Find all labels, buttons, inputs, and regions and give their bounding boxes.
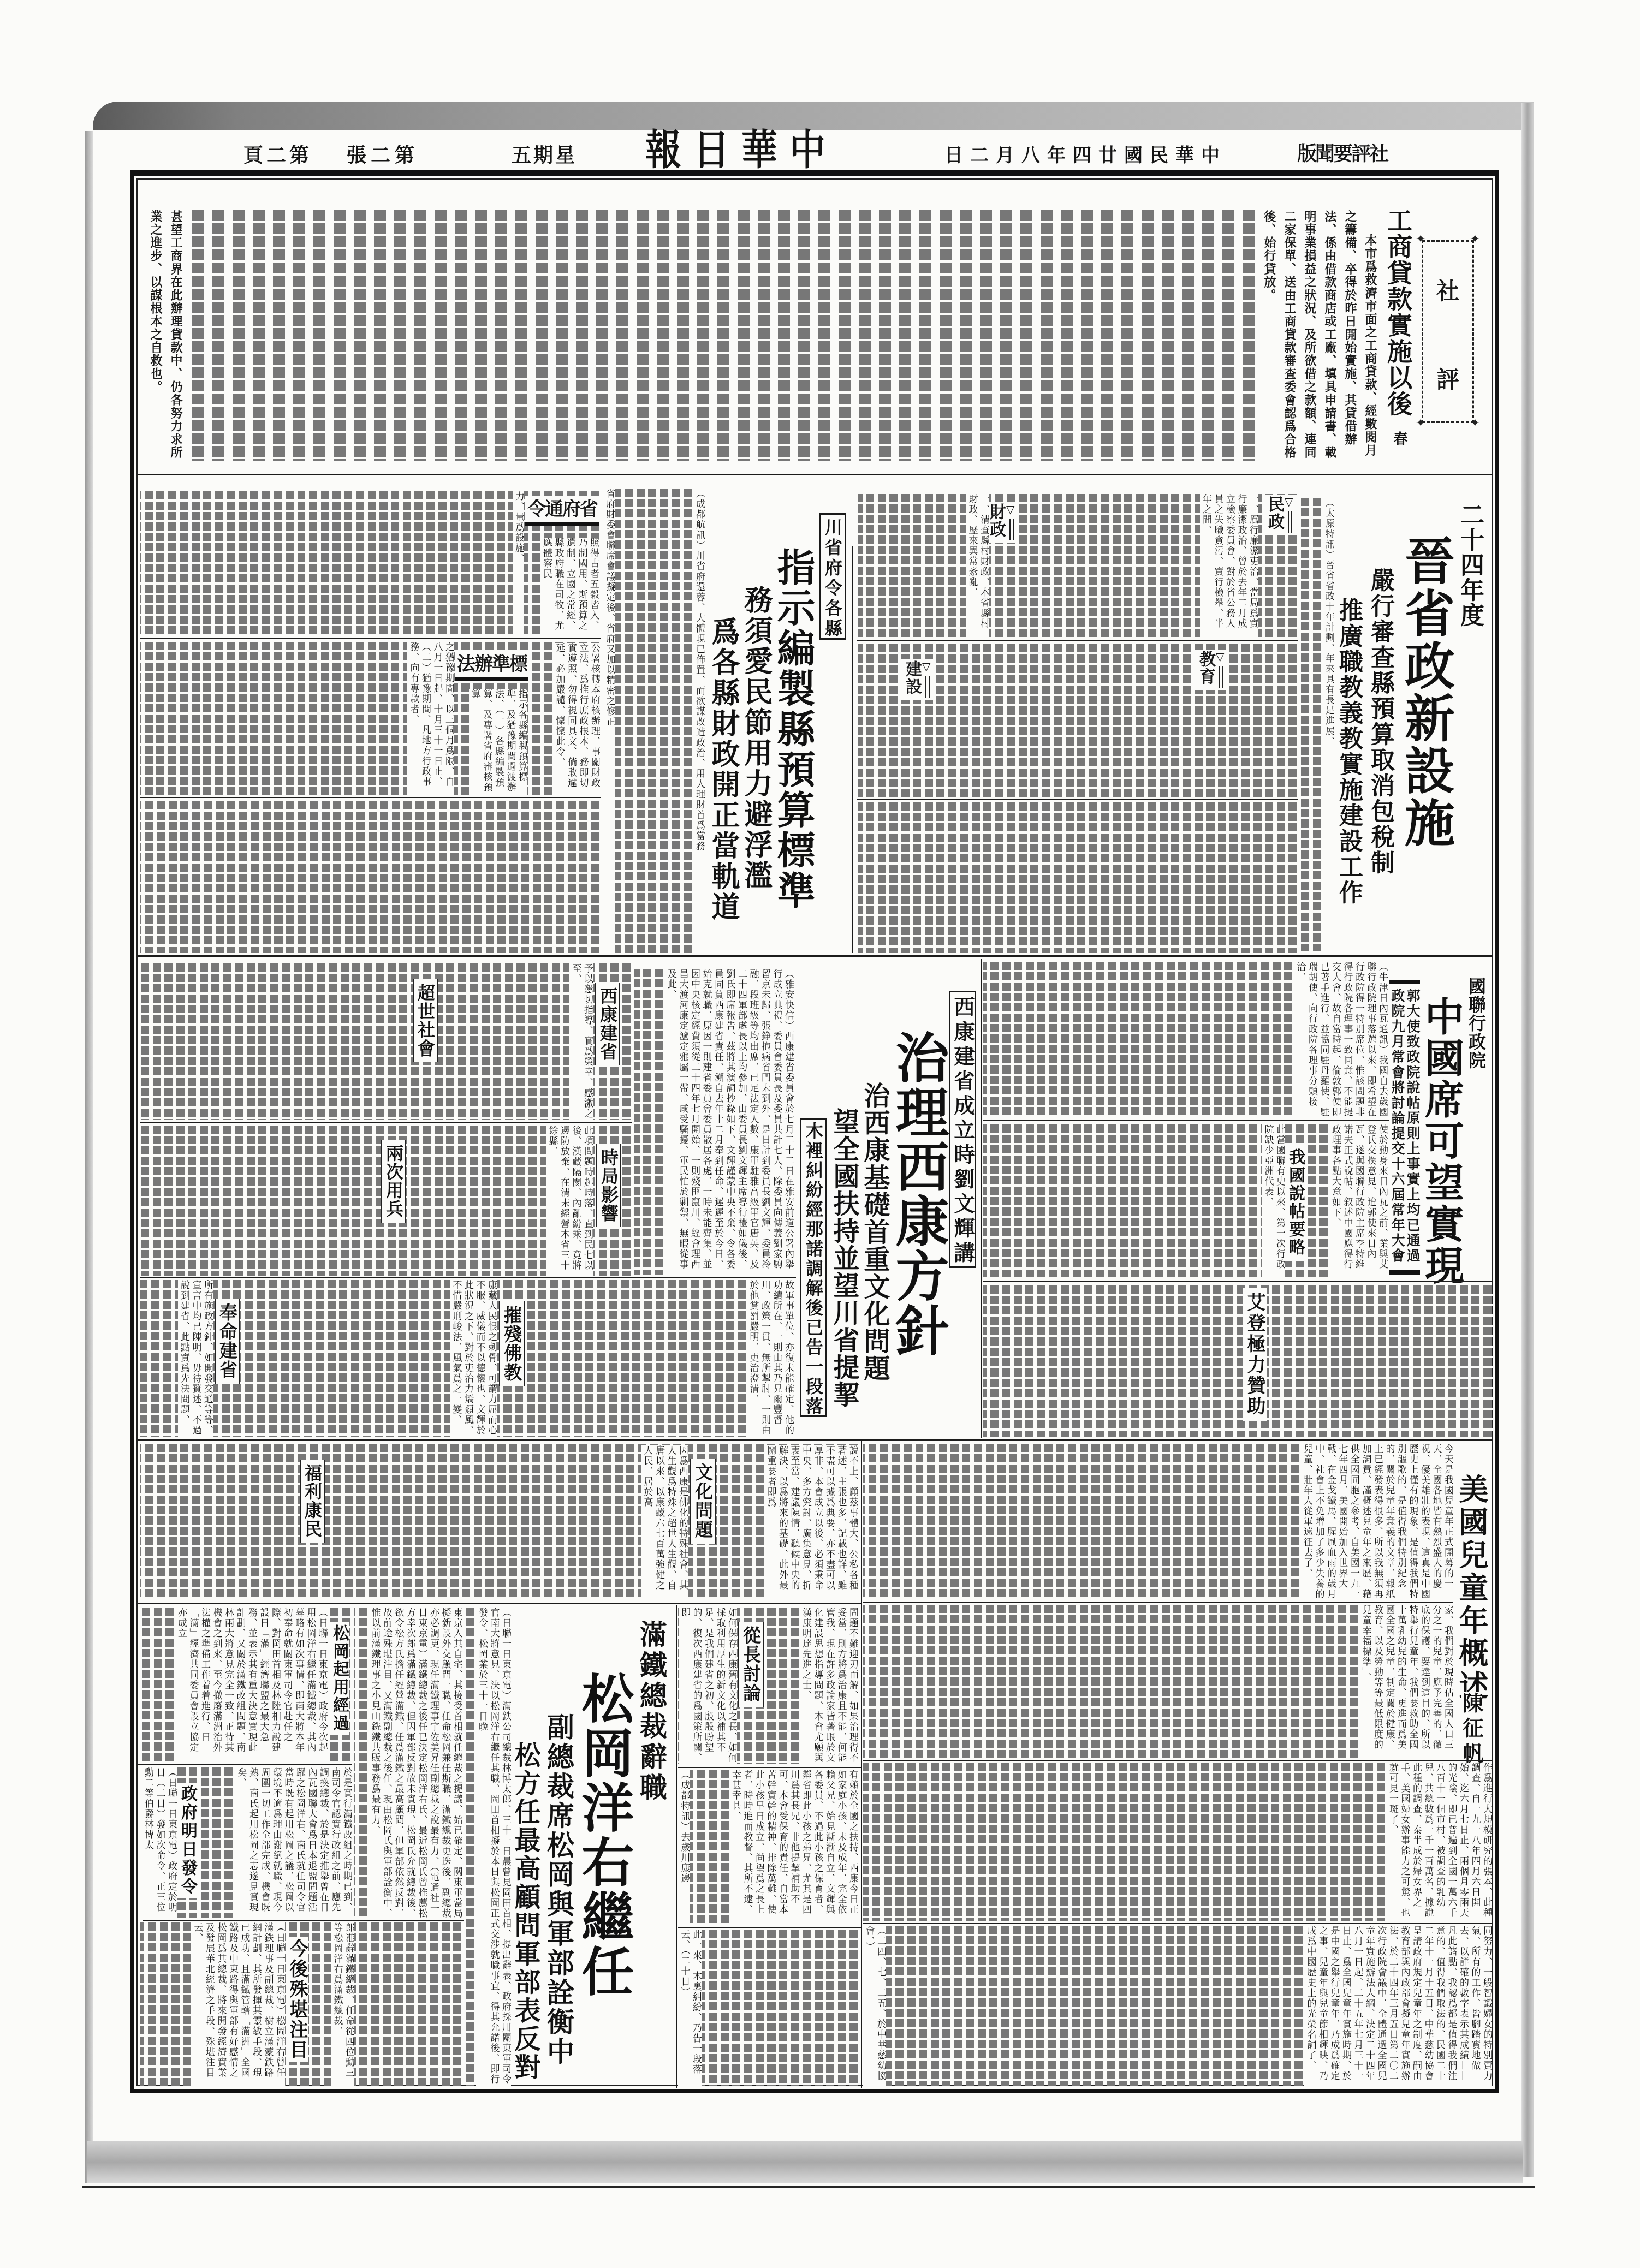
section-label: 社評要聞版 xyxy=(1297,145,1387,164)
star-ornament-icon xyxy=(1470,418,1480,430)
muli-dispute-box: 木裡糾紛經那諾調解後已告一段落 xyxy=(800,1118,827,1417)
provincial-order-text-b: 力、量爲設施、 xyxy=(513,491,525,636)
sheet-number: 第二張 xyxy=(347,146,419,166)
discussion-text: 如何保存西康舊有文化之長、如何採取利用厚生的新文化以補其不足、是我們建省之初、殷… xyxy=(679,1608,738,1764)
section-divider xyxy=(138,1439,1493,1441)
league-body-b: 使於動身來日內瓦之前、業與艾登氏交換意見、迨郭使來日內瓦、遂與國聯行政院主席李特… xyxy=(1329,1124,1388,1277)
xikang-intro-text: （雅安快信）西康建省委員會於七月二十二日在雅安前道公署內舉行成立典禮、委員會委員… xyxy=(724,969,794,1270)
triangle-marker-icon xyxy=(1284,496,1296,534)
sichuan-subhead: 爲各縣財政開正當軌道 xyxy=(709,617,737,922)
shanxi-subhead: 嚴行審查縣預算取消包稅制 xyxy=(1368,568,1392,876)
shanxi-intro: （太原特訊）晉省省政十年計劃、年來具有長足進展、 xyxy=(1323,498,1335,951)
star-ornament-icon xyxy=(1470,234,1480,246)
provincial-order-closing: 公署核轉本府核辦理、事關財政立法、爲推行庶政根本、務即切實遵照、勿得視同具文、倘… xyxy=(553,643,600,795)
sichuan-body-columns xyxy=(603,489,705,953)
row-divider xyxy=(857,799,1298,800)
issue-date: 中華民國廿四年八月二日 xyxy=(944,146,1227,165)
column-divider xyxy=(852,546,853,953)
editorial-headline: 工商貸款實施以後 xyxy=(1386,207,1411,417)
sichuan-body-end: 省府財委會聯席會議擬定後、省府又加以精密之修正 xyxy=(603,489,615,953)
xikang-subhead: 望全國扶持並望川省提挈 xyxy=(831,1108,857,1408)
sichuan-headline: 指示編製縣預算標準 xyxy=(774,547,812,911)
league-body-c-columns xyxy=(983,1285,1493,1437)
editorial-body-end: 甚望工商界在此辦理貸款中、仍各努力求所業之進步、以謀根本之自救也。 xyxy=(145,210,186,461)
subhead-xikang-province: 西康建省 xyxy=(595,983,620,1065)
row-divider xyxy=(138,1764,352,1765)
shanxi-kicker: 二十四年度 xyxy=(1458,502,1482,628)
appointment-background-cont: 於是實行滿鐵改組之時期已到、南司令官認實行改組之前、應先調換總裁、於是決定推舉曾… xyxy=(235,1767,352,1918)
editorial-label-ping: 評 xyxy=(1436,368,1459,391)
scan-bottom-rule xyxy=(82,2186,1535,2188)
section-heading-jianshe: 建設 xyxy=(901,659,935,700)
section-text: 康藏人民恨之刺骨、可謂力屈而心不服、威儀而不以德懷也、文輝於此狀況之下、對於吏治… xyxy=(450,1280,497,1437)
league-memo-text: 此當國聯有史以來、第一次行政院缺少亞洲代表、 xyxy=(1262,1124,1285,1277)
subhead-political-impact: 時局影響 xyxy=(596,1144,621,1227)
row-divider xyxy=(678,1927,861,1928)
row-divider xyxy=(678,1767,861,1768)
matsuoka-body-1: （日聯一日東京電）滿鉄公司總裁林博太郎、三十一日晨曾見岡田首相、提出辭表、政府採… xyxy=(476,1608,512,2086)
matsuoka-headline: 松岡洋右繼任 xyxy=(578,1671,630,1999)
row-divider xyxy=(140,1277,796,1278)
row-divider xyxy=(863,1602,1453,1603)
standards-text-b: 之猶豫期間、以三個月爲限、自八月一日起、十月三十一日止、（二）猶豫期間、凡地方行… xyxy=(407,642,454,795)
muli-report-start: （成都特訊）去歲川康邊 xyxy=(678,1770,690,1924)
page-number: 第二頁 xyxy=(243,146,312,166)
matsuoka-subhead: 副總裁席松岡與軍部詮衡中 xyxy=(545,1713,572,2067)
matsuoka-subhead: 松方任最高顧問軍部表反對 xyxy=(512,1741,538,2082)
order-tomorrow-text: （日聯一日東京電）政府定於明日（二日）發如次命令、正三位勳二等伯爵林博太 xyxy=(142,1767,177,1918)
discussion-text-before: 問題不難迎刃而解、如果治理得不妥當、則方將爲治康且不能、何能管我、現在許多政論家… xyxy=(800,1608,859,1764)
shanxi-row3-columns xyxy=(858,802,1298,953)
section-divider xyxy=(138,955,1493,957)
league-deck-line: 郭大使致政院說帖原則上事實上均已通過 xyxy=(1405,989,1420,1270)
section-heading-caizheng: 財政 xyxy=(985,502,1019,543)
scan-left-edge xyxy=(85,131,93,2183)
matsuoka-body-2: 東京入其自宅、其接受首相就任總裁之提議、始已確定、關東軍當局擬新設外交顧問一職、… xyxy=(369,1608,462,1919)
league-body-a: （牛津日內瓦通訊）我國自去歲國聯行政院理事落選以來、即希望在行政院得一特別席位、… xyxy=(1294,962,1388,1117)
row-divider xyxy=(863,1760,1493,1761)
culture-text-before: 說不上、顧茲事體大、公私各種著述、主張也多、記載也詳、雖不盡可以據爲典要、亦不盡… xyxy=(764,1445,858,1599)
section-title: 教育 xyxy=(1196,651,1215,689)
xikang-headline: 治理西康方針 xyxy=(891,1030,944,1358)
subhead-welfare: 福利康民 xyxy=(300,1460,325,1543)
standards-columns xyxy=(140,642,601,795)
subhead-culture: 文化問題 xyxy=(690,1459,716,1544)
xikang-speaker-box: 西康建省成立時劉文輝講 xyxy=(949,991,976,1268)
shanxi-headline: 晉省政新設施 xyxy=(1400,535,1451,849)
row-divider xyxy=(983,1281,1493,1282)
sichuan-subhead: 務須愛民節用力避浮濫 xyxy=(741,585,770,891)
section-title: 建設 xyxy=(902,660,922,699)
row-divider xyxy=(863,1923,1493,1924)
provincial-order-heading: 省府通令 xyxy=(525,496,599,526)
subhead-appointment-background: 松岡起用經過 xyxy=(329,1622,349,1735)
sichuan-tag-box: 川省府令各縣 xyxy=(819,513,846,640)
section-heading-jiaoyu: 教育 xyxy=(1195,650,1228,690)
children-row4-text: 同努力、一般智識婦女的特別賣力氣、所有的工作、皆腳踏實地做去、以詳確的數字表示其… xyxy=(1304,1926,1492,2086)
xikang-row3-lead: 故軍事單位、亦復未能確定、他的功績所在、一則由其乃兄爾豐督川、政策一貫、無所掣肘… xyxy=(747,1280,794,1437)
row-divider xyxy=(140,1122,632,1123)
row-divider xyxy=(857,640,1298,641)
league-deck-box: 郭大使致政院說帖原則上事實上均已通過 政院九月常會將討論提交十六屆常年大會 xyxy=(1389,980,1420,1275)
editorial-label-she: 社 xyxy=(1436,280,1459,303)
scan-right-edge xyxy=(1521,103,1534,2177)
league-kicker: 國聯行政院 xyxy=(1467,977,1485,1070)
section-text: 所有施政方針、如開發交通等等、宣言中均已陳明、毋待贅述、不過說到建省、此點實爲先… xyxy=(178,1280,213,1437)
standards-text-a: 指示各縣編製預算標準、及猶豫期間過渡辦法、（一）各縣編製預算、及專署省府審核預算 xyxy=(469,689,528,795)
editorial-byline: 春 xyxy=(1392,431,1406,445)
triangle-marker-icon xyxy=(922,660,934,699)
league-headline: 中國席可望實現 xyxy=(1422,996,1461,1287)
section-heading-minzheng: 民政 xyxy=(1263,495,1297,535)
noteworthy-text: （日聯一日東京電）松岡洋右曾任滿鉄理事及副總裁、樹立滿蒙鉄路網計劃、其所發揮其靈… xyxy=(191,1922,285,2086)
column-divider xyxy=(981,959,982,1438)
row-divider xyxy=(138,1603,861,1604)
column-divider xyxy=(861,1441,862,2088)
standards-heading: 標準辦法 xyxy=(455,651,528,681)
children-byline: 陳征帆 xyxy=(1461,1692,1482,1767)
xikang-row1-columns xyxy=(140,963,632,1120)
children-dateline: （二四、七、二五、於中華慈幼協會、） xyxy=(863,1926,886,2086)
league-body-b-columns xyxy=(983,1124,1388,1277)
sichuan-bottom-columns xyxy=(140,801,601,953)
matsuoka-kicker: 滿鐵總裁辭職 xyxy=(638,1620,665,1803)
section-title: 民政 xyxy=(1264,496,1284,534)
row-divider xyxy=(140,638,601,639)
section-text: 予以懇切指導、實爲榮幸、感激之至、 xyxy=(569,963,593,1120)
sichuan-body-start: （成都航訊）川省府還蓉、大體現已佈置、而欲謀改造政治、用人理財首爲當務 xyxy=(693,489,705,953)
section-text-minzheng: 一、厲行廉潔吏治、當局爲實行廉潔政治、曾於去年二月成立檢察委員會、對於省公務人員… xyxy=(1200,494,1259,637)
children-headline: 美國兒童年概述 xyxy=(1457,1474,1486,1703)
subhead-buddhism: 摧殘佛教 xyxy=(499,1301,525,1386)
section-text-caizheng: 一、清查縣村財政、本省縣村財政、歷來異常紊亂、 xyxy=(966,494,989,637)
xikang-intro: （雅安快信）西康建省委員會於七月二十二日在雅安前道公署內舉行成立典禮、委員會委員… xyxy=(665,969,794,1275)
subhead-ordered-province: 奉命建省 xyxy=(215,1299,240,1384)
muli-report-end: 此一來、木裏糾紛、乃告一段落云、（二十日） xyxy=(678,1930,702,2086)
editorial-body-start: 本市爲救濟市面之工商貸款、經數閱月之籌備、卒得於昨日開始實施、其貸借辦法、係由借… xyxy=(1259,210,1380,461)
provincial-order-text-a: 照得古者五穀皆入、乃制國用、斯預算之遺制、立國之常經、縣政府職在司牧、尤應體察民 xyxy=(540,538,599,635)
editorial-label-box: 社 評 xyxy=(1422,240,1474,423)
league-support-heading: 艾登極力贊助 xyxy=(1243,1288,1267,1421)
culture-text: 因爲西康是佛化的特殊社會、其人生觀爲特殊之超世人生觀、自唐以來、以康藏六七百萬強… xyxy=(641,1445,688,1599)
star-ornament-icon xyxy=(1416,418,1425,430)
subhead-transcendent-society: 超世社會 xyxy=(413,979,438,1062)
order-tomorrow-cont: 郎准辭滿鐵總裁、任命從四位勳三等松岡洋右爲滿鐵總裁、 xyxy=(331,1922,354,2086)
children-row2-text: 家、我們對於現時佔全國人口三分之一的兒童、應予完善的、徹底的保護、要達到這目的、… xyxy=(1359,1605,1453,1758)
triangle-marker-icon xyxy=(1006,503,1018,541)
row-divider xyxy=(140,797,601,798)
scan-bottom-shadow xyxy=(87,2141,1523,2183)
newspaper-title: 中華日報 xyxy=(645,130,837,171)
subhead-discussion: 從長討論 xyxy=(738,1622,764,1707)
section-divider xyxy=(138,474,1493,475)
section-text: 此項問題時起時落、直到民七以後、漢藏隔閡、內亂紛乘、竟將邊防放棄、在清末經營本省… xyxy=(546,1126,593,1276)
row-divider xyxy=(143,1920,464,1921)
appointment-background-text: （日聯一日東京電）政府今次起用松岡洋右繼任滿鐵總裁、其內幕略有如次事情、即南大將… xyxy=(175,1608,328,1762)
weekday: 星期五 xyxy=(512,146,577,166)
subhead-two-campaigns: 兩次用兵 xyxy=(381,1140,406,1223)
subhead-noteworthy: 今後殊堪注目 xyxy=(286,1937,308,2062)
xikang-closing: 有賴於全國之扶持、西康今日正如家庭小孩、未及成年、完全依賴父兄、始見漸漸自立、文… xyxy=(729,1770,859,1924)
triangle-marker-icon xyxy=(1215,651,1227,689)
shanxi-subhead: 推廣職教義教實施建設工作 xyxy=(1336,598,1360,906)
league-memo-heading: 我國說帖要略 xyxy=(1284,1144,1306,1261)
subhead-order-tomorrow: 政府明日發令 xyxy=(177,1783,197,1898)
muli-report-columns xyxy=(678,1930,859,2086)
xikang-cont-row-columns xyxy=(140,1444,859,1599)
xikang-subhead: 治西康基礎首重文化問題 xyxy=(861,1082,888,1382)
children-row3-text: 作爲進行大規模研究的張本、此種調查、自一九一八年四月六日開始、迄六月七日止、兩個… xyxy=(1387,1763,1493,1921)
star-ornament-icon xyxy=(1416,234,1425,246)
row-divider xyxy=(983,1120,1389,1121)
column-divider xyxy=(676,1605,677,2088)
editorial-text-columns xyxy=(145,210,1380,461)
children-row1-text: 今天是我國兒童年正式開幕的一天、全國各地皆有熱烈盛大的慶祝、優美雄壯的表現、這真… xyxy=(1301,1444,1454,1599)
league-deck-line: 政院九月常會將討論提交十六屆常年大會 xyxy=(1389,989,1405,1270)
